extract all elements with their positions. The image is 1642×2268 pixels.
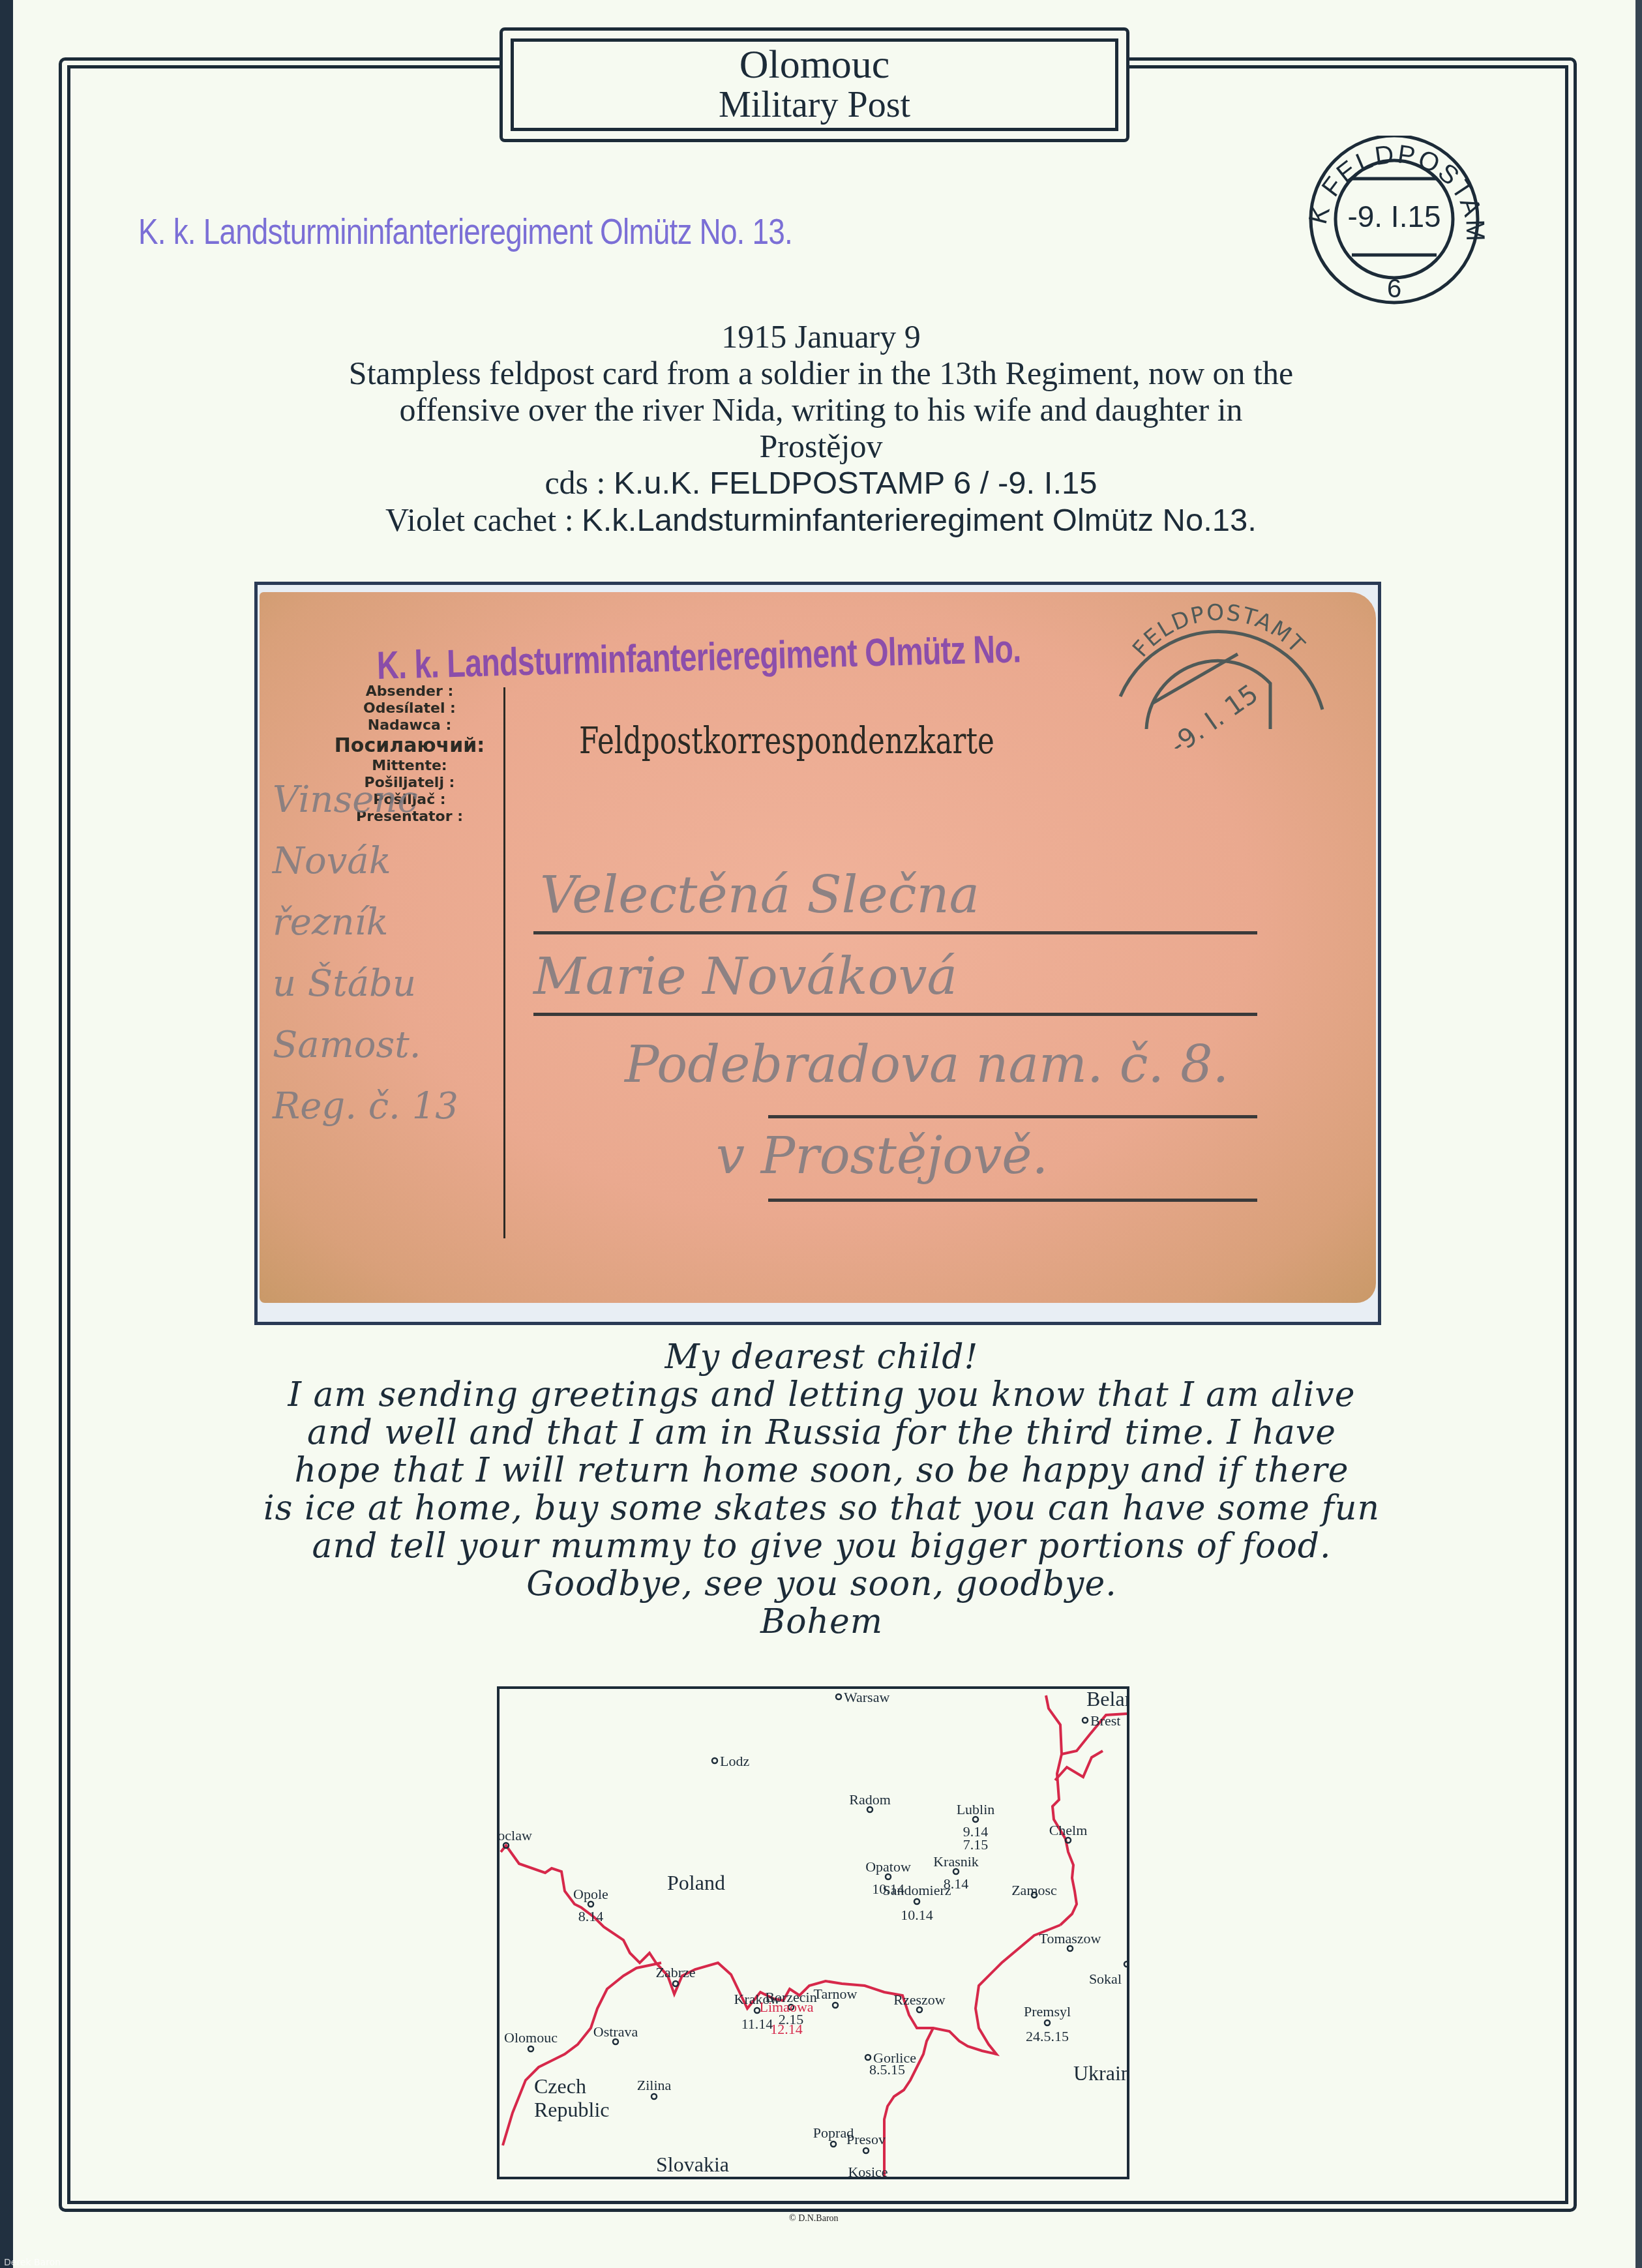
map-city-label: Opatow xyxy=(865,1858,911,1875)
map-city-label: Lodz xyxy=(720,1753,749,1769)
cds-number: 6 xyxy=(1387,275,1401,303)
map-city-label: Sandomierz xyxy=(882,1882,951,1898)
regiment-cachet-reproduction: K. k. Landsturmininfanterieregiment Olmü… xyxy=(138,210,792,252)
copyright-notice: © D.N.Baron xyxy=(789,2214,839,2224)
address-rule-1 xyxy=(533,931,1257,934)
map-city-marker xyxy=(914,1899,919,1904)
map-city-marker xyxy=(833,2003,838,2008)
map-city-label: Tomaszow xyxy=(1039,1930,1101,1947)
map-city-marker xyxy=(528,2046,533,2052)
map-city-label: Opole xyxy=(573,1886,608,1902)
map-city-marker xyxy=(1124,1962,1127,1967)
postcard-postmark: FELDPOSTAMT -9. I. 15 xyxy=(1101,599,1349,749)
map-city-label: Presov xyxy=(846,2131,886,2147)
map-city-label: Kosice xyxy=(848,2164,888,2177)
map-city-marker xyxy=(953,1869,959,1874)
address-line-2: Marie Nováková xyxy=(533,947,957,1006)
map-country-label: Czech xyxy=(534,2074,586,2098)
map-city-marker xyxy=(865,2055,871,2060)
cds-stamp-reproduction: KuK FELDPOSTAMT -9. I.15 6 xyxy=(1288,136,1503,305)
map-city-label: Warsaw xyxy=(844,1689,889,1705)
postcard-divider xyxy=(503,687,505,1238)
map-city-label: Wroclaw xyxy=(500,1827,532,1843)
map-city-marker xyxy=(712,1758,717,1763)
map-country-label: Republic xyxy=(534,2098,610,2121)
address-line-4: v Prostějově. xyxy=(716,1127,1048,1186)
map-city-date: 24.5.15 xyxy=(1026,2028,1069,2044)
item-description: 1915 January 9 Stampless feldpost card f… xyxy=(196,318,1446,539)
scan-edge-right xyxy=(1635,0,1642,2268)
map-city-label: Zabrze xyxy=(655,1964,695,1980)
map-city-label: Zilina xyxy=(637,2077,672,2093)
map-city-marker xyxy=(1067,1946,1073,1951)
map-city-marker xyxy=(588,1902,593,1907)
map-city-date: 8.5.15 xyxy=(869,2061,905,2078)
item-date: 1915 January 9 xyxy=(196,318,1446,355)
map-city-marker xyxy=(867,1807,873,1812)
cachet-description: Violet cachet : K.k.Landsturminfanterier… xyxy=(196,501,1446,539)
map-city-label: Olomouc xyxy=(504,2029,558,2046)
description-line-2: offensive over the river Nida, writing t… xyxy=(196,391,1446,428)
map-city-date: 7.15 xyxy=(963,1836,989,1853)
map-city-label: Ostrava xyxy=(593,2023,638,2040)
map-city-label: Zamosc xyxy=(1011,1882,1057,1898)
map-city-label: Brest xyxy=(1090,1712,1120,1729)
address-line-3: Podebradova nam. č. 8. xyxy=(625,1036,1229,1094)
map-city-marker xyxy=(1082,1718,1088,1723)
map-city-label: Rzeszow xyxy=(893,1992,946,2008)
page-subtitle: Military Post xyxy=(719,85,910,125)
sender-handwriting: Vinsenc Novák řezník u Štábu Samost. Reg… xyxy=(273,769,458,1137)
address-rule-2 xyxy=(533,1013,1257,1016)
map-city-marker xyxy=(973,1817,978,1822)
map-country-label: Slovakia xyxy=(656,2153,729,2176)
map-city-marker xyxy=(1066,1838,1071,1843)
map-city-marker xyxy=(836,1694,841,1699)
description-line-1: Stampless feldpost card from a soldier i… xyxy=(196,355,1446,391)
watermark: Derek Baron xyxy=(4,2258,61,2268)
map-city-marker xyxy=(863,2148,869,2153)
cds-date: -9. I.15 xyxy=(1347,200,1440,233)
map-city-date: 12.14 xyxy=(770,2021,803,2037)
description-line-3: Prostějov xyxy=(196,428,1446,464)
map-city-label: Lublin xyxy=(957,1801,995,1817)
map-city-marker xyxy=(613,2039,618,2044)
map-city-label: Sokal xyxy=(1089,1971,1122,1987)
campaign-map: BelarusPolandCzechRepublicSlovakiaUkrain… xyxy=(497,1686,1129,2179)
map-city-marker xyxy=(886,1874,891,1879)
map-city-marker xyxy=(673,1981,678,1986)
cds-description: cds : K.u.K. FELDPOSTAMP 6 / -9. I.15 xyxy=(196,464,1446,501)
map-city-label: Krasnik xyxy=(933,1853,979,1870)
map-city-label: Premsyl xyxy=(1024,2003,1071,2020)
map-city-marker xyxy=(831,2141,836,2147)
scan-edge-left xyxy=(0,0,13,2268)
map-city-label: Limaowa xyxy=(759,1999,813,2015)
address-rule-4 xyxy=(768,1199,1257,1202)
map-country-label: Poland xyxy=(667,1871,725,1894)
map-city-date: 11.14 xyxy=(741,2016,773,2032)
postcard-title: Feldpostkorrespondenzkarte xyxy=(579,720,994,762)
address-rule-3 xyxy=(768,1115,1257,1118)
address-line-1: Velectěná Slečna xyxy=(540,866,979,925)
map-country-label: Belarus xyxy=(1086,1689,1127,1710)
postcard-violet-cachet: K. k. Landsturminfanterieregiment Olmütz… xyxy=(376,626,1021,688)
title-box: Olomouc Military Post xyxy=(500,27,1129,142)
map-city-label: Tarnow xyxy=(814,1986,858,2002)
map-city-label: Radom xyxy=(849,1791,891,1808)
map-country-label: Ukraine xyxy=(1073,2061,1127,2085)
map-city-date: 10.14 xyxy=(901,1907,933,1923)
map-city-date: 8.14 xyxy=(578,1908,604,1924)
map-city-marker xyxy=(917,2007,922,2012)
letter-translation: My dearest child! I am sending greetings… xyxy=(248,1338,1396,1641)
map-city-marker xyxy=(1045,2020,1050,2025)
map-city-marker xyxy=(651,2094,657,2099)
page-title: Olomouc xyxy=(739,44,890,85)
postcard-image: K. k. Landsturminfanterieregiment Olmütz… xyxy=(260,592,1376,1303)
map-city-label: Chelm xyxy=(1049,1822,1088,1838)
